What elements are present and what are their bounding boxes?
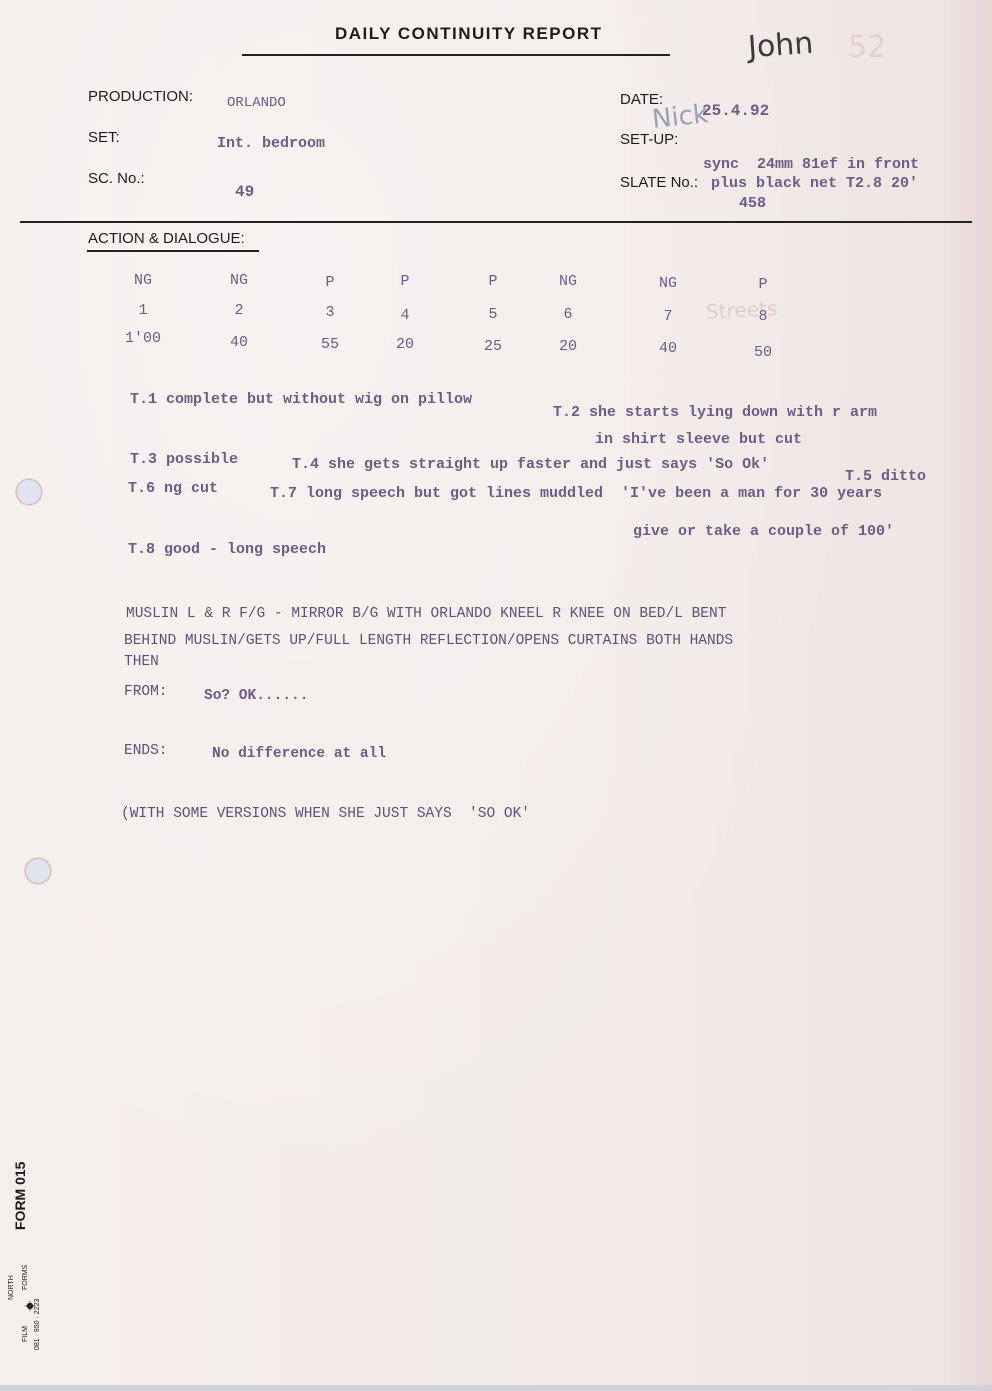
action-line-1: MUSLIN L & R F/G - MIRROR B/G WITH ORLAN… [126, 606, 726, 622]
take-take: 2 [209, 302, 269, 319]
take-note-t1: T.1 complete but without wig on pillow [130, 391, 472, 408]
take-duration: 20 [538, 338, 598, 355]
sc-no-value: 49 [235, 183, 254, 201]
slate-no-value: 458 [739, 195, 766, 212]
handwritten-name-john: John [747, 26, 815, 65]
take-status: P [300, 274, 360, 291]
form-number: FORM 015 [12, 1162, 28, 1230]
versions-note: (WITH SOME VERSIONS WHEN SHE JUST SAYS '… [121, 806, 530, 822]
sc-no-label: SC. No.: [88, 170, 145, 187]
take-note-t2-cont: in shirt sleeve but cut [595, 431, 802, 448]
date-label: DATE: [620, 91, 663, 108]
from-label: FROM: [124, 684, 168, 700]
ends-label: ENDS: [124, 743, 168, 759]
production-value: ORLANDO [227, 95, 286, 111]
publisher-film: FILM [22, 1326, 29, 1342]
take-note-t7-cont: give or take a couple of 100' [633, 523, 894, 540]
action-dialogue-label: ACTION & DIALOGUE: [88, 230, 245, 247]
take-status: NG [638, 275, 698, 292]
punch-hole-lower [25, 858, 51, 884]
setup-value-line1: sync 24mm 81ef in front [703, 156, 919, 173]
take-status: NG [113, 272, 173, 289]
take-duration: 1'00 [113, 330, 173, 347]
take-duration: 50 [733, 344, 793, 361]
action-dialogue-underline [87, 250, 259, 252]
take-status: NG [538, 273, 598, 290]
publisher-forms: FORMS [22, 1265, 29, 1290]
take-status: P [375, 273, 435, 290]
take-note-t5: T.5 ditto [845, 468, 926, 485]
ends-value: No difference at all [212, 746, 386, 762]
take-take: 6 [538, 306, 598, 323]
take-duration: 25 [463, 338, 523, 355]
setup-label: SET-UP: [620, 131, 678, 148]
take-status: P [463, 273, 523, 290]
setup-value-line2: plus black net T2.8 20' [711, 175, 918, 192]
take-duration: 40 [638, 340, 698, 357]
take-duration: 55 [300, 336, 360, 353]
compass-logo-icon [24, 1300, 36, 1312]
from-value: So? OK...... [204, 688, 308, 704]
take-take: 3 [300, 304, 360, 321]
take-note-t2: T.2 she starts lying down with r arm [553, 404, 877, 421]
take-note-t7: T.7 long speech but got lines muddled 'I… [270, 485, 882, 502]
handwritten-faint-number: 52 [848, 30, 886, 65]
take-take: 7 [638, 308, 698, 325]
date-value: 25.4.92 [702, 102, 769, 120]
set-label: SET: [88, 129, 120, 146]
take-note-t6: T.6 ng cut [128, 480, 218, 497]
title-underline [242, 54, 670, 56]
header-divider [20, 221, 972, 223]
take-status: NG [209, 272, 269, 289]
take-duration: 20 [375, 336, 435, 353]
take-take: 4 [375, 307, 435, 324]
take-duration: 40 [209, 334, 269, 351]
set-value: Int. bedroom [217, 135, 325, 152]
take-take: 5 [463, 306, 523, 323]
take-take: 1 [113, 302, 173, 319]
publisher-north: NORTH [8, 1275, 15, 1300]
take-status: P [733, 276, 793, 293]
take-take: 8 [733, 308, 793, 325]
take-note-t3: T.3 possible [130, 451, 238, 468]
report-title: DAILY CONTINUITY REPORT [335, 24, 603, 44]
action-line-2: BEHIND MUSLIN/GETS UP/FULL LENGTH REFLEC… [124, 633, 733, 649]
production-label: PRODUCTION: [88, 88, 193, 105]
action-line-3: THEN [124, 654, 159, 670]
take-note-t8: T.8 good - long speech [128, 541, 326, 558]
slate-no-label: SLATE No.: [620, 174, 698, 191]
punch-hole-upper [16, 479, 42, 505]
take-note-t4: T.4 she gets straight up faster and just… [292, 456, 769, 473]
